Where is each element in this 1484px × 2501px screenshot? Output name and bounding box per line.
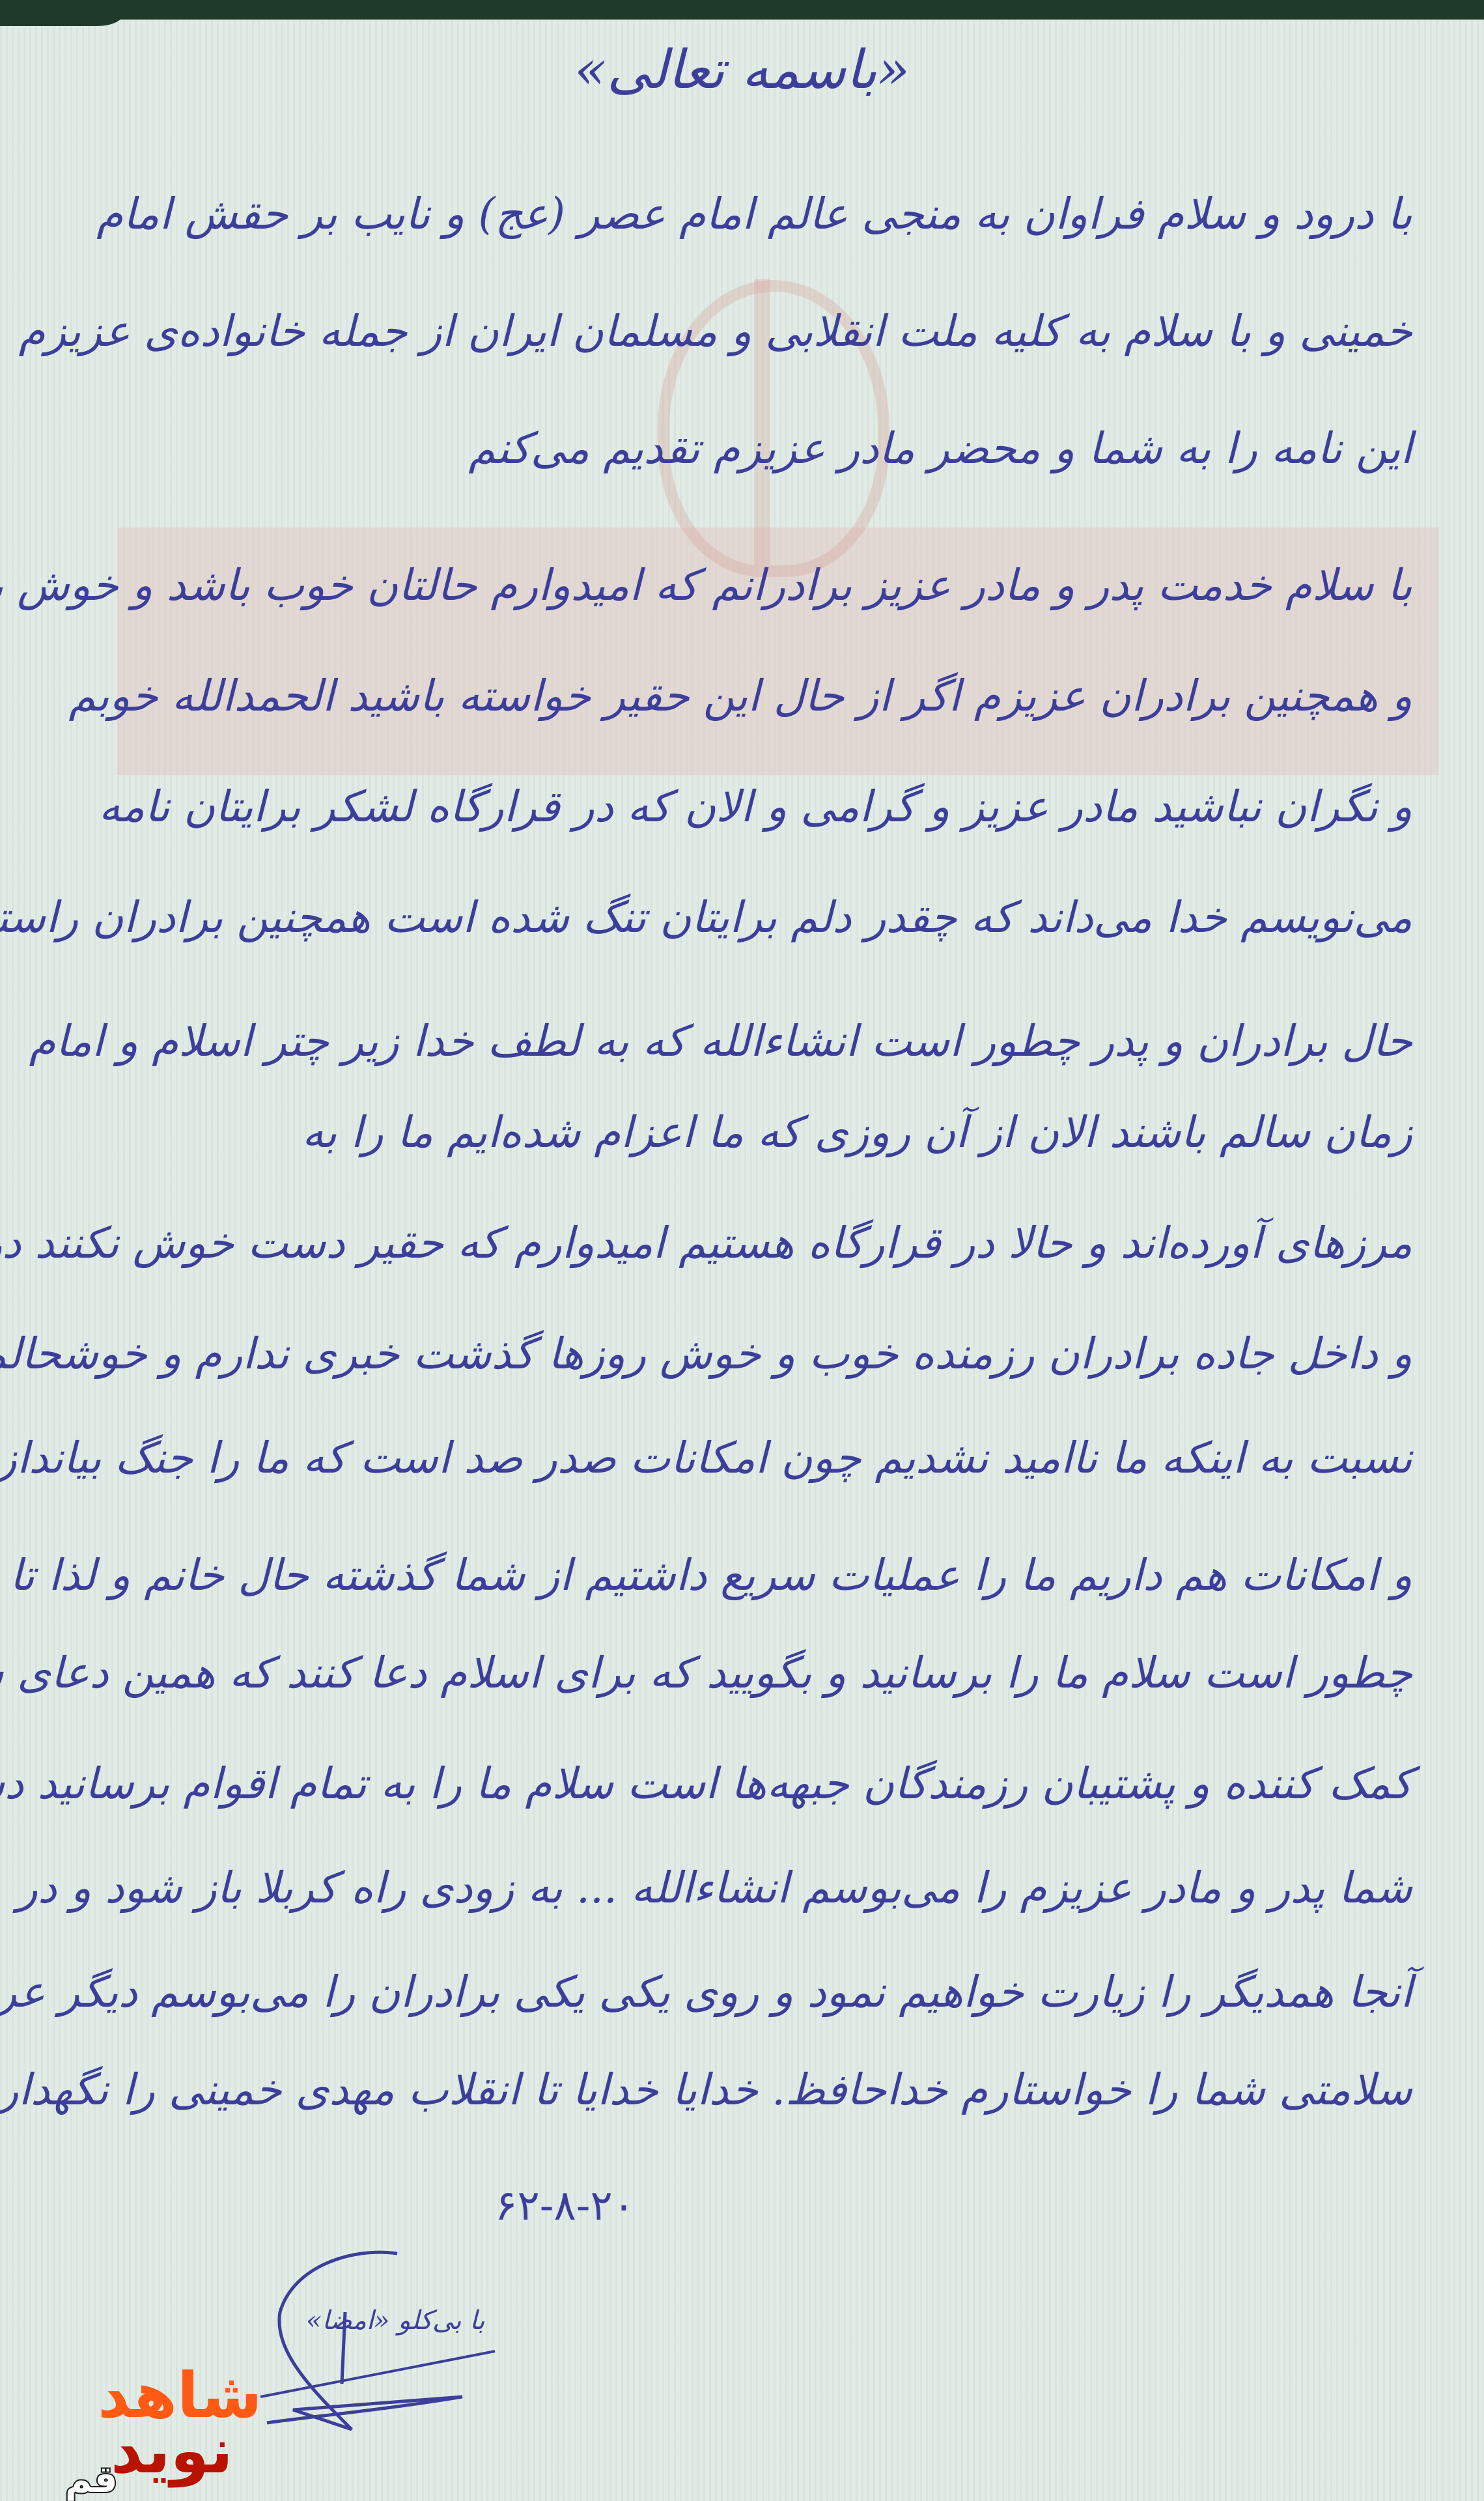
scan-background-corner — [0, 0, 124, 26]
letter-line: با سلام خدمت پدر و مادر عزیز برادرانم که… — [0, 560, 1412, 610]
letter-line: چطور است سلام ما را برسانید و بگویید که … — [0, 1648, 1412, 1698]
letter-line: شما پدر و مادر عزیزم را می‌بوسم انشاءالل… — [17, 1863, 1412, 1913]
letter-line: زمان سالم باشند الان از آن روزی که ما اع… — [302, 1107, 1412, 1157]
letter-line: می‌نویسم خدا می‌داند که چقدر دلم برایتان… — [0, 892, 1412, 942]
letter-line: خمینی و با سلام به کلیه ملت انقلابی و مس… — [19, 306, 1412, 356]
signature-name: با بی‌کلو «امضا» — [306, 2306, 485, 2336]
letter-line: با درود و سلام فراوان به منجی عالم امام … — [96, 189, 1412, 239]
letter-line: سلامتی شما را خواستارم خداحافظ. خدایا خد… — [0, 2065, 1412, 2115]
letter-date: ۶۲-۸-۲۰ — [495, 2182, 635, 2230]
scan-background-corner — [1393, 0, 1484, 16]
letter-line: و همچنین برادران عزیزم اگر از حال این حق… — [69, 671, 1413, 721]
letter-line: حال برادران و پدر چطور است انشاءالله که … — [29, 1016, 1412, 1066]
letter-line: و داخل جاده برادران رزمنده خوب و خوش روز… — [0, 1329, 1412, 1379]
logo-title-secondary: نوید — [111, 2420, 233, 2482]
letter-line: کمک کننده و پشتیبان رزمندگان جبهه‌ها است… — [0, 1759, 1412, 1809]
navid-shahed-qom-logo: شاهد نوید قم — [65, 2390, 300, 2501]
letter-line: و نگران نباشید مادر عزیز و گرامی و الان … — [99, 782, 1412, 832]
letter-line: مرزهای آورده‌اند و حالا در قرارگاه هستیم… — [0, 1218, 1412, 1268]
letter-line: و امکانات هم داریم ما را عملیات سریع داش… — [10, 1550, 1412, 1600]
letter-line: نسبت به اینکه ما ناامید نشدیم چون امکانا… — [0, 1433, 1412, 1483]
letter-heading: «باسمه تعالی» — [0, 39, 1484, 101]
logo-city: قم — [65, 2459, 118, 2501]
letter-line: آنجا همدیگر را زیارت خواهیم نمود و روی ی… — [0, 1967, 1412, 2017]
letter-line: این نامه را به شما و محضر مادر عزیزم تقد… — [469, 423, 1412, 473]
